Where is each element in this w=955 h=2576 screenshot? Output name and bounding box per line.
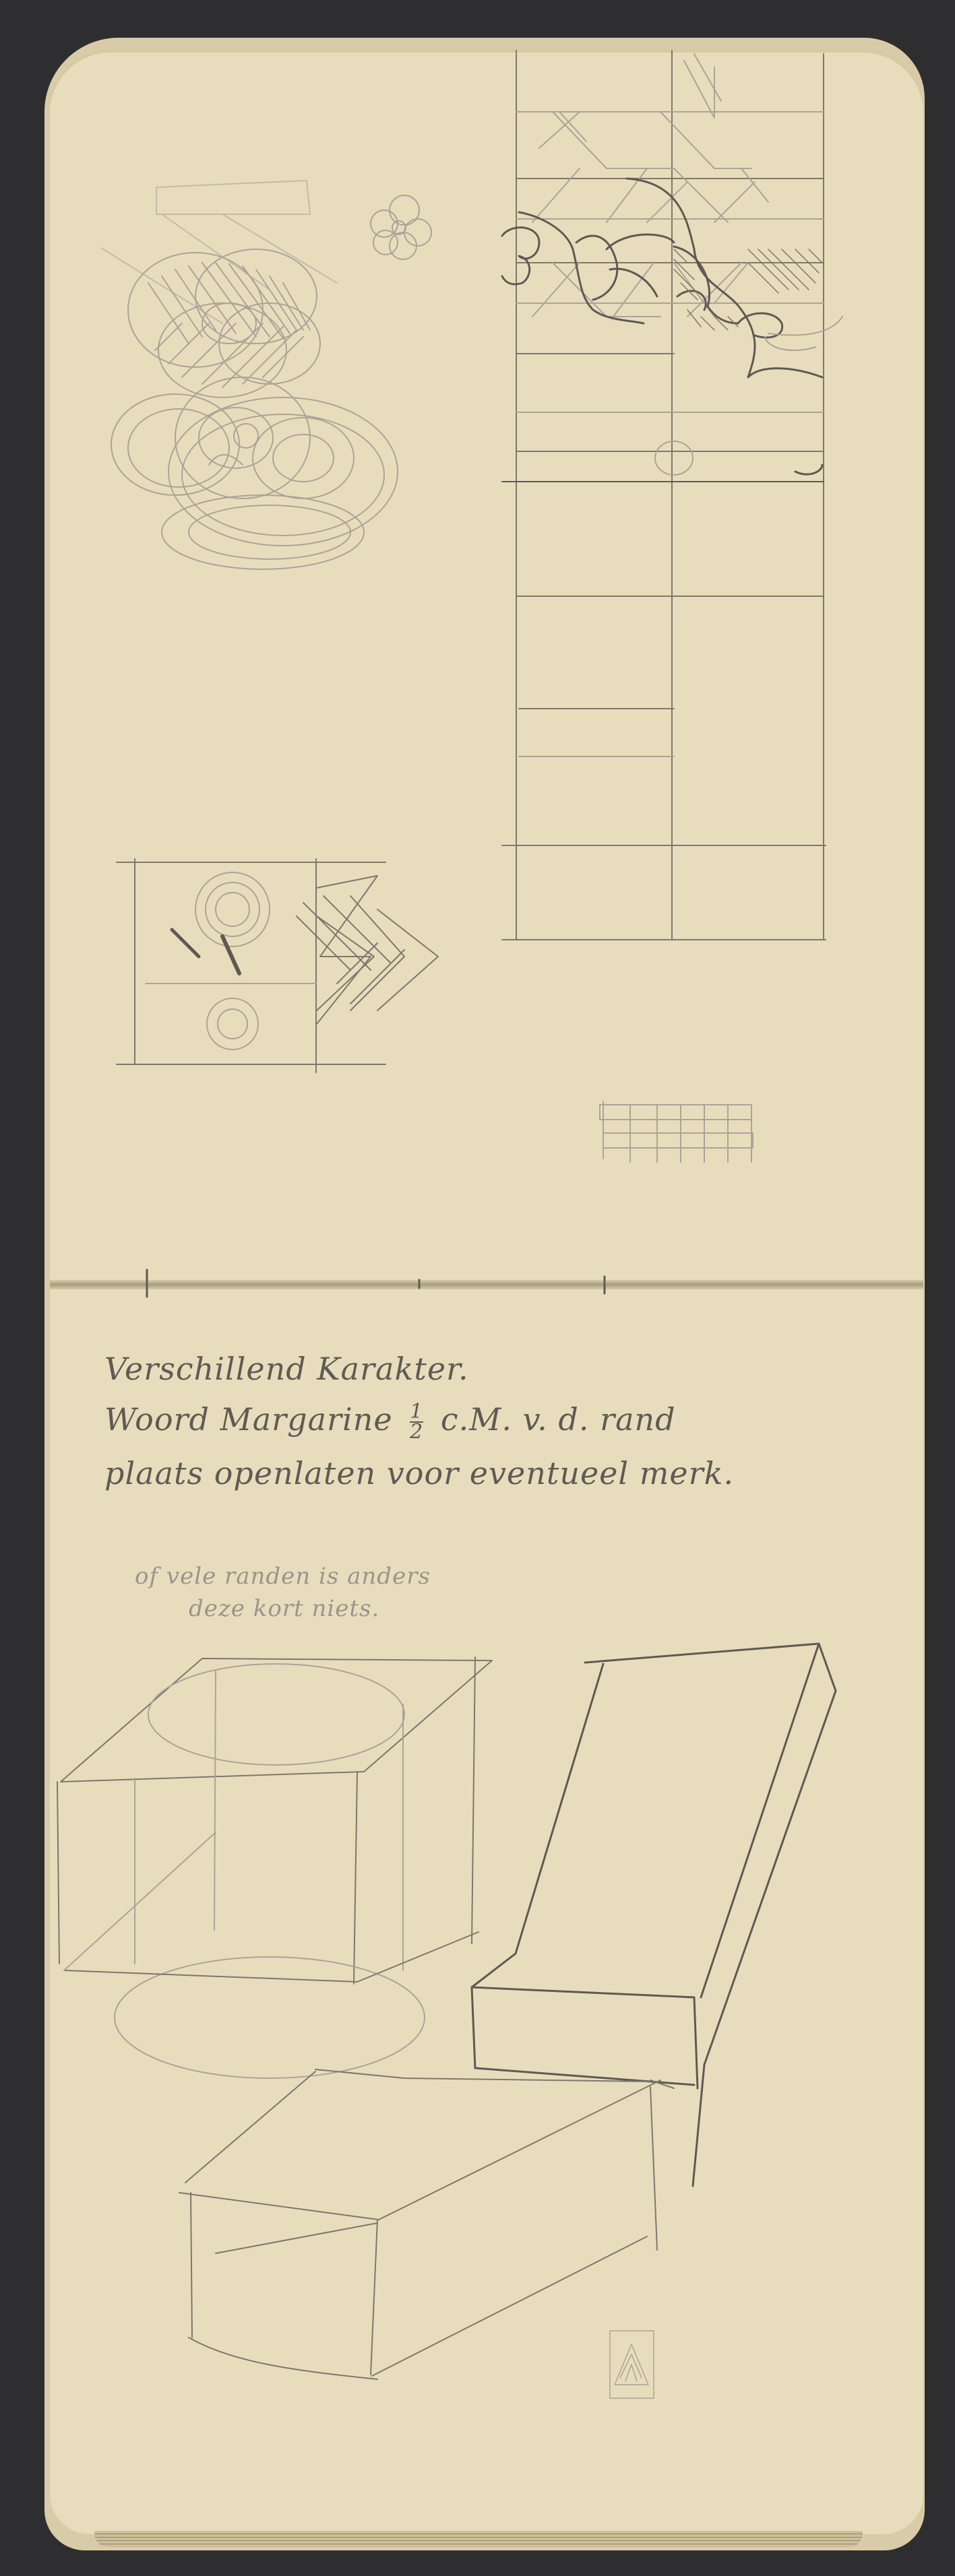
long-box-sketch [179,2069,674,2379]
hatched-rosette-sketch [128,249,320,397]
chevron-interlace-sketch [532,54,768,317]
pattern-panel-chevrons [297,876,438,1024]
handwriting-line-2-b: c.M. v. d. rand [441,1401,676,1438]
faint-box-sketch [101,181,337,323]
handwriting-line-1: Verschillend Karakter. [104,1351,469,1387]
handwriting-note-line-1: of vele randen is anders [135,1563,431,1590]
pencil-sketches [0,0,955,2576]
border-swatch-sketch [600,1101,753,1162]
fraction-denominator: 2 [410,1423,423,1442]
binding-thread-marks [147,1270,605,1297]
small-triangle-swatch-sketch [610,2331,654,2398]
small-flower-sketch [371,195,431,259]
handwriting-note-line-2: deze kort niets. [189,1595,379,1622]
handwriting-line-2: Woord Margarine 1 2 c.M. v. d. rand [104,1401,676,1442]
cylinder-in-box-sketch [57,1657,492,2078]
grid-ornament-sketch [502,51,826,940]
scroll-ornament-sketch [502,179,822,474]
tall-slab-sketch [472,1644,836,2186]
fraction-numerator: 1 [410,1403,423,1421]
fraction: 1 2 [410,1403,423,1442]
handwriting-line-2-a: Woord Margarine [104,1401,393,1438]
handwriting-line-3: plaats openlaten voor eventueel merk. [104,1455,734,1491]
concentric-rosette-sketch [111,377,398,569]
pattern-panel-circles [172,872,270,1050]
